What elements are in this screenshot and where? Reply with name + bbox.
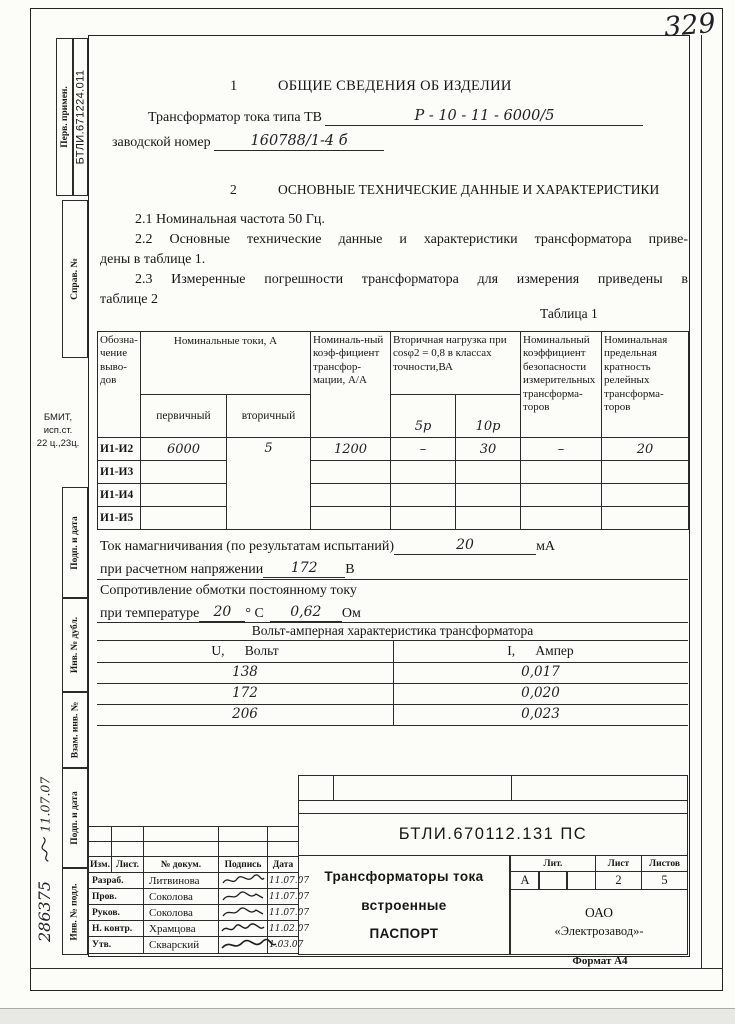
lit-value: А <box>520 873 529 888</box>
sheets-value-cell: 5 <box>641 871 688 890</box>
sidebar-cell-vzam-inv: Взам. инв. № <box>62 692 88 768</box>
perv-primen-value: БТЛИ.671224.011 <box>74 70 86 165</box>
person-name: Храмцова <box>144 921 219 937</box>
vac-i-2: 0,023 <box>393 706 688 722</box>
margin-signature-date: 11.07.07 <box>30 770 60 868</box>
role: Пров. <box>89 889 144 905</box>
magnetization-unit: мА <box>536 539 555 554</box>
stamp-strip-row2 <box>298 800 688 814</box>
sign-date: 1.03.07 <box>268 937 299 954</box>
row-tag: И1-И3 <box>98 461 141 484</box>
lit-value-cell: А <box>510 871 540 890</box>
magnetization-label: Ток намагничивания (по результатам испыт… <box>100 539 394 554</box>
th-secondary: вторичный <box>227 395 311 438</box>
section2-number: 2 <box>230 182 237 198</box>
th-class-5p: 5р <box>391 395 456 438</box>
resistance-label-line: Сопротивление обмотки постоянному току <box>100 583 357 599</box>
stamp-strip-cell-c <box>511 775 688 801</box>
frame-right-double-line <box>701 35 702 968</box>
th-rated-currents: Номинальные токи, А <box>141 332 311 395</box>
th-class-10p: 10р <box>456 395 521 438</box>
sidebar-cell-inv-dubl: Инв. № дубл. <box>62 598 88 692</box>
signature-cell <box>219 937 268 954</box>
podp-data-label-1: Подп. и дата <box>70 516 80 570</box>
col-list: Лист. <box>112 857 144 873</box>
stamp-row-utv: Утв. Скварский 1.03.07 <box>89 937 299 954</box>
sheet-value-cell: 2 <box>595 871 642 890</box>
table1-row-i1-i2: И1-И2 6000 5 1200 – 30 – 20 <box>98 438 689 461</box>
table1-row-i1-i3: И1-И3 <box>98 461 689 484</box>
signature-mark <box>220 938 272 952</box>
empty-cell <box>141 484 227 507</box>
resistance-value: 0,62 <box>270 604 342 622</box>
sidebar-cell-podp-data-2: Подп. и дата <box>62 768 88 868</box>
person-name: Соколова <box>144 889 219 905</box>
sidebar-cell-sprav: Справ. № <box>62 200 88 358</box>
empty-cell <box>311 461 391 484</box>
magnetization-value: 20 <box>394 537 536 555</box>
sign-date: 11.02.07 <box>268 921 299 937</box>
vac-u-2: 206 <box>97 706 393 722</box>
temperature-line: при температуре20° С0,62Ом <box>100 604 361 622</box>
sign-date: 11.07.07 <box>268 905 299 921</box>
th-limit-multiple: Номинальная предельная кратность релейны… <box>602 332 689 438</box>
empty-cell <box>219 827 268 842</box>
empty-cell <box>521 507 602 530</box>
th-ratio: Номиналь-ный коэф-фициент трансфор-мации… <box>311 332 391 438</box>
sheets-value: 5 <box>661 873 667 888</box>
empty-cell <box>602 484 689 507</box>
signature-cell <box>219 873 268 889</box>
stamp-strip-cell-a <box>298 775 334 801</box>
margin-inventory-number-text: 286375 <box>36 881 55 942</box>
organization-cell: ОАО «Электрозавод»- <box>510 889 688 955</box>
stamp-row-nkontr: Н. контр. Храмцова 11.02.07 <box>89 921 299 937</box>
temp-unit: ° С <box>245 606 263 621</box>
table1-row-i1-i4: И1-И4 <box>98 484 689 507</box>
vac-col-u: U, Вольт <box>97 643 393 659</box>
perv-primen-label: Перв. примен. <box>60 86 70 148</box>
person-name: Соколова <box>144 905 219 921</box>
empty-cell <box>268 827 299 842</box>
empty-cell <box>521 484 602 507</box>
row-tag: И1-И2 <box>98 438 141 461</box>
load-10p-value: 30 <box>456 438 521 461</box>
mult-value: 20 <box>602 438 689 461</box>
vac-title: Вольт-амперная характеристика трансформа… <box>97 623 688 639</box>
empty-cell <box>141 507 227 530</box>
row-tag: И1-И4 <box>98 484 141 507</box>
load-5p-value: – <box>391 438 456 461</box>
section2-heading: ОСНОВНЫЕ ТЕХНИЧЕСКИЕ ДАННЫЕ И ХАРАКТЕРИС… <box>278 182 659 198</box>
th-safety-factor: Номинальный коэффициент безопасности изм… <box>521 332 602 438</box>
role: Н. контр. <box>89 921 144 937</box>
vac-u-1: 172 <box>97 685 393 701</box>
bmit-line1: БМИТ, <box>28 412 88 425</box>
voltage-value: 172 <box>263 560 345 578</box>
empty-cell <box>112 827 144 842</box>
sign-date: 11.07.07 <box>268 873 299 889</box>
serial-number-label: заводской номер <box>112 135 211 150</box>
signature-cell <box>219 921 268 937</box>
vac-u-0: 138 <box>97 664 393 680</box>
row-tag: И1-И5 <box>98 507 141 530</box>
vzam-inv-label: Взам. инв. № <box>70 702 80 759</box>
doc-title-line2: встроенные <box>361 898 446 913</box>
sidebar-cell-perv-value: БТЛИ.671224.011 <box>72 38 88 196</box>
bmit-line3: 22 ц.,23ц. <box>28 438 88 451</box>
signature-mark <box>221 874 265 887</box>
empty-cell <box>268 842 299 857</box>
serial-number-line: заводской номер 160788/1-4 б <box>112 133 384 151</box>
stamp-row-prov: Пров. Соколова 11.07.07 <box>89 889 299 905</box>
para-2-3-line2: таблице 2 <box>100 292 158 308</box>
empty-cell <box>521 461 602 484</box>
empty-cell <box>311 507 391 530</box>
scan-edge-band <box>0 1008 735 1024</box>
empty-cell <box>456 484 521 507</box>
ratio-value: 1200 <box>311 438 391 461</box>
person-name: Литвинова <box>144 873 219 889</box>
empty-cell <box>456 461 521 484</box>
safety-value: – <box>521 438 602 461</box>
empty-cell <box>602 461 689 484</box>
temp-value: 20 <box>199 604 245 622</box>
org-line2: «Электрозавод»- <box>554 924 643 939</box>
th-secondary-load: Вторичная нагрузка при cosφ2 = 0,8 в кла… <box>391 332 521 395</box>
signature-mark <box>221 922 265 935</box>
stamp-row-rukov: Руков. Соколова 11.07.07 <box>89 905 299 921</box>
inv-dubl-label: Инв. № дубл. <box>70 617 80 673</box>
scanned-passport-page: 329 Перв. примен. БТЛИ.671224.011 Справ.… <box>0 0 735 1024</box>
bmit-line2: исп.ст. <box>28 425 88 438</box>
bottom-margin-line <box>30 968 723 969</box>
margin-inventory-number: 286375 <box>30 868 60 955</box>
empty-cell <box>391 461 456 484</box>
transformer-type-line: Трансформатор тока типа ТВ Р - 10 - 11 -… <box>148 108 643 126</box>
handwritten-page-number: 329 <box>663 8 717 43</box>
doc-title-line1: Трансформаторы тока <box>324 869 483 884</box>
voltage-label: при расчетном напряжении <box>100 562 263 577</box>
para-2-3-line1: 2.3 Измеренные погрешности трансформатор… <box>135 272 688 288</box>
table1: Обозна-чение выво-дов Номинальные токи, … <box>97 331 689 530</box>
empty-cell <box>141 461 227 484</box>
empty-cell <box>219 842 268 857</box>
table1-row-i1-i5: И1-И5 <box>98 507 689 530</box>
sign-date: 11.07.07 <box>268 889 299 905</box>
stamp-left-grid: Изм. Лист. № докум. Подпись Дата Разраб.… <box>88 826 299 954</box>
rule <box>97 579 688 580</box>
rated-voltage-line: при расчетном напряжении172В <box>100 560 355 578</box>
serial-number-value: 160788/1-4 б <box>214 133 384 151</box>
sprav-label: Справ. № <box>70 258 80 300</box>
voltage-unit: В <box>345 562 354 577</box>
lit-header-cell: Лит. <box>510 855 596 872</box>
sheets-label: Листов <box>649 859 680 869</box>
empty-cell <box>89 842 112 857</box>
role: Разраб. <box>89 873 144 889</box>
doc-title-line3: ПАСПОРТ <box>370 926 439 941</box>
stamp-row-razrab: Разраб. Литвинова 11.07.07 <box>89 873 299 889</box>
th-terminals: Обозна-чение выво-дов <box>98 332 141 438</box>
th-primary: первичный <box>141 395 227 438</box>
empty-cell <box>602 507 689 530</box>
section1-number: 1 <box>230 78 237 95</box>
primary-current-value: 6000 <box>141 438 227 461</box>
format-label: Формат А4 <box>540 955 660 967</box>
margin-date: 11.07.07 <box>38 776 53 832</box>
sidebar-note-bmit: БМИТ, исп.ст. 22 ц.,23ц. <box>28 412 88 450</box>
vac-col-i: I, Ампер <box>393 643 688 659</box>
signature-mark <box>40 836 52 862</box>
empty-cell <box>144 842 219 857</box>
signature-mark <box>221 890 265 903</box>
col-sign: Подпись <box>219 857 268 873</box>
sidebar-cell-inv-podl: Инв. № подл. <box>62 868 88 955</box>
sheets-header-cell: Листов <box>641 855 688 872</box>
lit-empty-cell-1 <box>538 871 568 890</box>
stamp-doc-number-cell: БТЛИ.670112.131 ПС <box>298 813 688 856</box>
para-2-2-line2: дены в таблице 1. <box>100 252 205 268</box>
transformer-type-label: Трансформатор тока типа ТВ <box>148 110 322 125</box>
resistance-unit: Ом <box>342 606 361 621</box>
magnetization-line: Ток намагничивания (по результатам испыт… <box>100 537 555 555</box>
sheet-label: Лист <box>608 859 629 869</box>
stamp-document-title-cell: Трансформаторы тока встроенные ПАСПОРТ <box>298 855 510 955</box>
org-line1: ОАО <box>585 905 613 921</box>
empty-cell <box>112 842 144 857</box>
vac-divider <box>393 640 394 725</box>
empty-cell <box>456 507 521 530</box>
empty-cell <box>89 827 112 842</box>
stamp-strip-cell-b <box>333 775 512 801</box>
transformer-type-value: Р - 10 - 11 - 6000/5 <box>325 108 643 126</box>
empty-cell <box>144 827 219 842</box>
lit-label: Лит. <box>544 859 563 869</box>
rule <box>97 725 688 726</box>
inv-podl-label: Инв. № подл. <box>70 883 80 940</box>
sheet-value: 2 <box>615 873 621 888</box>
sidebar-cell-podp-data-1: Подп. и дата <box>62 487 88 598</box>
signature-cell <box>219 889 268 905</box>
temp-label: при температуре <box>100 606 199 621</box>
secondary-current-value: 5 <box>227 438 311 530</box>
col-doc: № докум. <box>144 857 219 873</box>
section1-heading: ОБЩИЕ СВЕДЕНИЯ ОБ ИЗДЕЛИИ <box>278 78 512 95</box>
margin-signature-date-text: 11.07.07 <box>38 776 53 862</box>
person-name: Скварский <box>144 937 219 954</box>
para-2-2-line1: 2.2 Основные технические данные и характ… <box>135 232 688 248</box>
vac-i-0: 0,017 <box>393 664 688 680</box>
para-2-1: 2.1 Номинальная частота 50 Гц. <box>135 212 325 228</box>
signature-mark <box>221 906 265 919</box>
role: Утв. <box>89 937 144 954</box>
col-izm: Изм. <box>89 857 112 873</box>
col-date: Дата <box>268 857 299 873</box>
empty-cell <box>391 484 456 507</box>
empty-cell <box>391 507 456 530</box>
doc-number: БТЛИ.670112.131 ПС <box>399 825 587 844</box>
lit-empty-cell-2 <box>566 871 596 890</box>
role: Руков. <box>89 905 144 921</box>
sheet-header-cell: Лист <box>595 855 642 872</box>
empty-cell <box>311 484 391 507</box>
signature-cell <box>219 905 268 921</box>
table1-caption: Таблица 1 <box>540 306 598 322</box>
podp-data-label-2: Подп. и дата <box>70 791 80 845</box>
vac-i-1: 0,020 <box>393 685 688 701</box>
